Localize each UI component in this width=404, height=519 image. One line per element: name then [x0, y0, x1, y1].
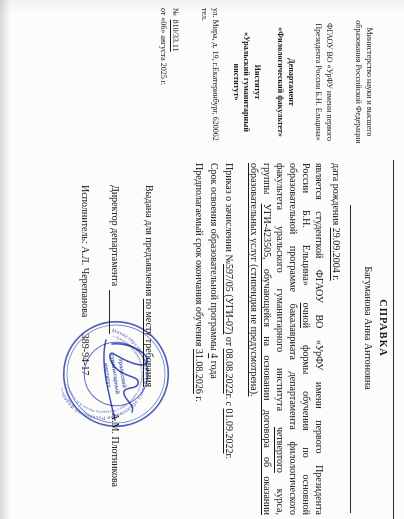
body-paragraph: является студенткой ФГАОУ ВО «УрФУ имени… — [247, 163, 325, 515]
text-segment: г. — [193, 394, 204, 402]
paragraph-line: факультета уральского гуманитарного инст… — [273, 163, 286, 515]
order-number: 597/05 (УГИ-07) — [223, 264, 234, 334]
start-date: 01.09.2022 — [223, 409, 234, 454]
department-title: «Филологический факультет» — [275, 4, 286, 160]
order-date: 08.08.2022 — [223, 349, 234, 394]
university-line-1: ФГАОУ ВО «УрФУ имени первого — [324, 4, 335, 160]
text-segment: г. с — [223, 394, 234, 409]
department-label: Департамент — [286, 4, 297, 160]
text-segment: от — [223, 334, 234, 348]
address-line: ул. Мира, д. 19, г.Екатеринбург, 620062 — [210, 4, 221, 164]
birth-date-label: дата рождения — [330, 163, 341, 228]
certificate-paper: Министерство науки и высшего образования… — [0, 0, 404, 519]
text-segment: Срок освоения образовательной программы — [208, 163, 219, 353]
signature — [98, 332, 158, 432]
birth-date-value: 29.09.2004 г. — [330, 228, 341, 281]
text-segment: группы — [261, 163, 272, 204]
department-name: Департамент «Филологический факультет» — [275, 4, 296, 160]
executor-name: Исполнитель: А.Л. Черепанова — [79, 185, 90, 317]
top-rule — [393, 160, 394, 519]
underlined-value: очной — [300, 303, 311, 328]
text-segment: курса, — [274, 473, 285, 515]
document-date-line: от «06» августа 2025 г. — [158, 4, 169, 164]
order-lines: Приказ о зачислении №597/05 (УГИ-07) от … — [191, 163, 236, 515]
text-segment: факультета уральского гуманитарного инст… — [274, 163, 285, 427]
program-duration-line: Срок освоения образовательной программы … — [206, 163, 221, 515]
name-underline-rule — [350, 205, 351, 513]
text-segment: года — [208, 358, 219, 379]
paragraph-line: образовательной программе бакалавриата д… — [286, 163, 299, 515]
university-name: ФГАОУ ВО «УрФУ имени первого Президента … — [313, 4, 334, 160]
ministry-line-1: Министерство науки и высшего — [364, 4, 375, 160]
university-line-2: Президента России Б.Н. Ельцина» — [313, 4, 324, 160]
underlined-value: образовательных услуг (стипендия не пред… — [248, 163, 259, 397]
title-block: СПРАВКА Багуманова Анна Антоновна — [362, 163, 388, 493]
document-number-line: № 810/33.11 — [170, 4, 181, 164]
institute-label: Институт — [252, 4, 263, 160]
ministry-line-2: образования Российской Федерации — [353, 4, 364, 160]
text-segment: Выдана для предъявления — [143, 185, 154, 299]
ministry-name: Министерство науки и высшего образования… — [353, 4, 374, 160]
text-segment: формы обучения по основной — [300, 328, 311, 515]
birth-date-line: дата рождения 29.09.2004 г. — [330, 163, 341, 281]
scanned-certificate-page: Министерство науки и высшего образования… — [0, 0, 404, 519]
enrollment-order-line: Приказ о зачислении №597/05 (УГИ-07) от … — [221, 163, 236, 515]
page-title: СПРАВКА — [377, 163, 388, 493]
paragraph-line: является студенткой ФГАОУ ВО «УрФУ имени… — [312, 163, 325, 515]
text-segment: г. — [223, 454, 234, 459]
number-prefix: № — [171, 8, 180, 16]
graduation-date-value: 31.08.2026 — [193, 349, 204, 394]
institute-name: Институт «Уральский гуманитарный институ… — [231, 4, 263, 160]
text-segment: Предполагаемый срок окончания обучения — [193, 163, 204, 349]
institute-title-1: «Уральский гуманитарный — [241, 4, 252, 160]
paragraph-line: образовательных услуг (стипендия не пред… — [247, 163, 260, 515]
text-segment: России Б.Н. Ельцина» — [300, 163, 311, 303]
underlined-value: четвертого — [274, 427, 285, 473]
paragraph-line: России Б.Н. Ельцина» очной формы обучени… — [299, 163, 312, 515]
director-label: Директор департамента — [109, 185, 120, 286]
underlined-value: УГИ-423505, обучающейся на основании дог… — [261, 204, 272, 515]
paragraph-line: группы УГИ-423505, обучающейся на основа… — [260, 163, 273, 515]
institute-title-2: институт» — [231, 4, 242, 160]
phone-label: тел. — [199, 4, 210, 164]
graduation-date-line: Предполагаемый срок окончания обучения 3… — [191, 163, 206, 515]
student-name: Багуманова Анна Антоновна — [362, 163, 373, 493]
number-value: 810/33.11 — [171, 20, 180, 52]
text-segment: Приказ о зачислении № — [223, 163, 234, 264]
